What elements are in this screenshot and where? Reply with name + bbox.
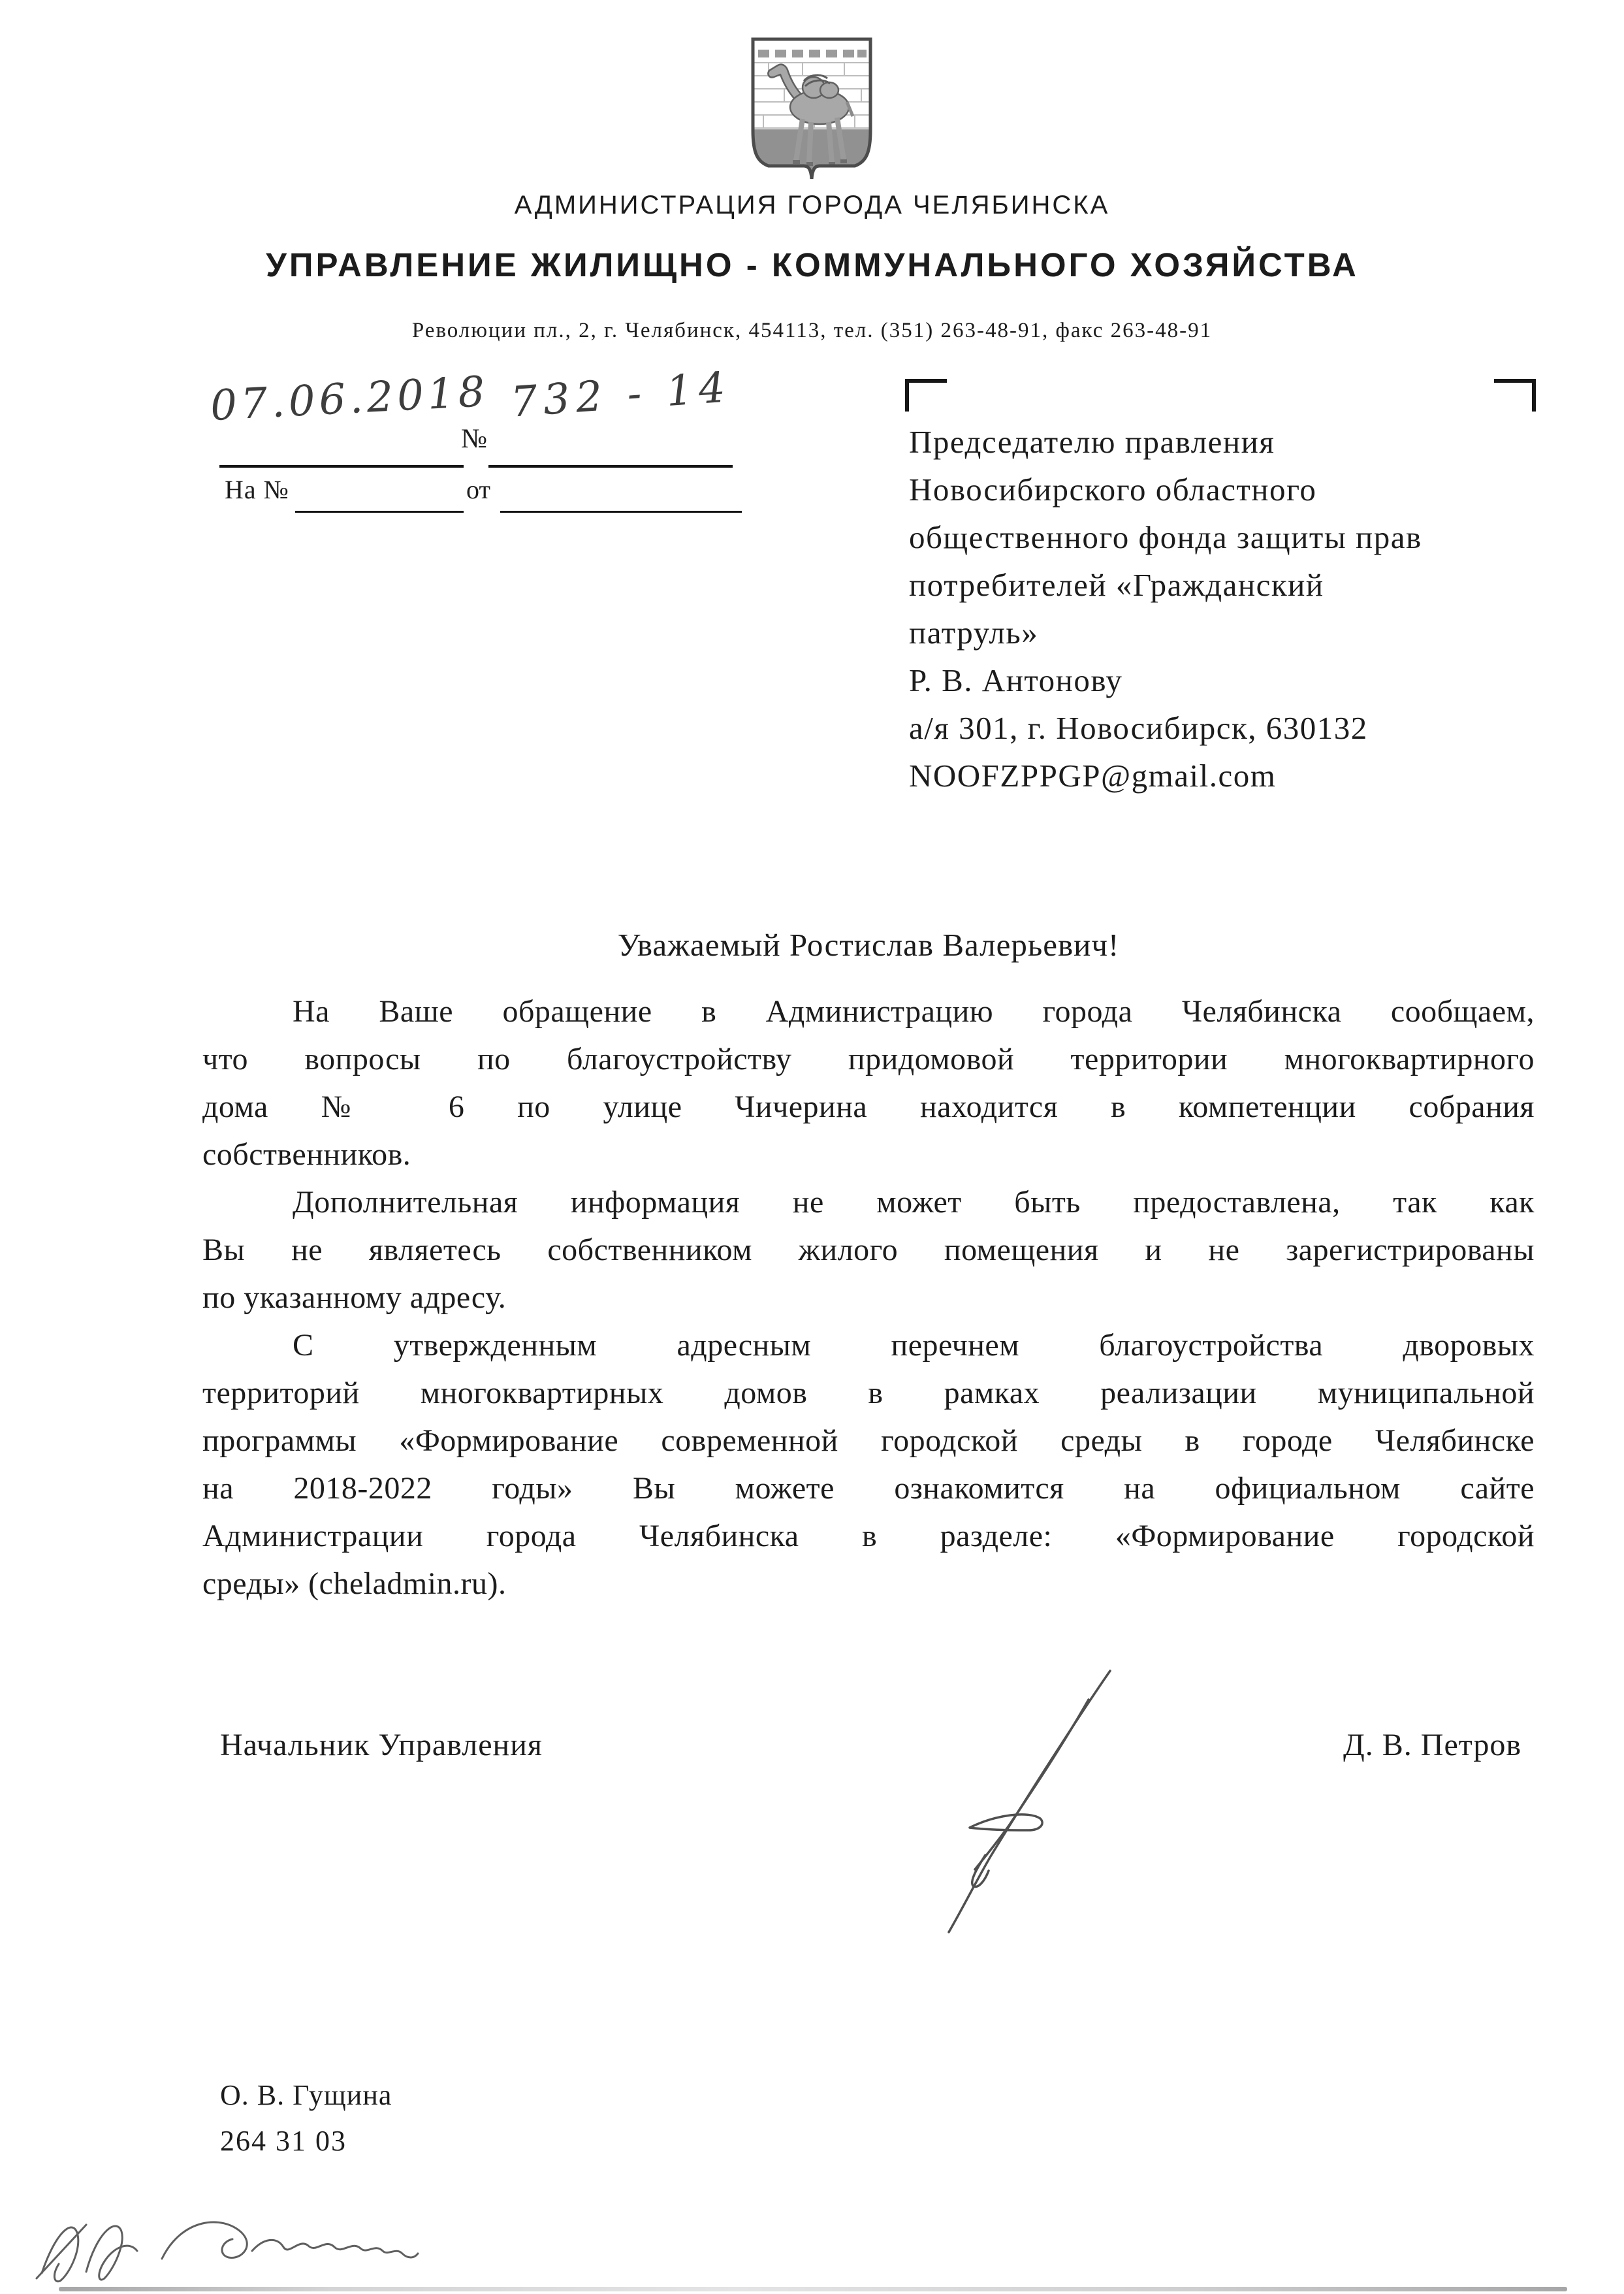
body-line: программы «Формирование современной горо… <box>202 1417 1535 1464</box>
body-line: Дополнительная информация не может быть … <box>202 1178 1535 1226</box>
reply-to-number-label: На № <box>225 474 289 505</box>
body-line: дома № 6 по улице Чичерина находится в к… <box>202 1083 1535 1131</box>
body-line: собственников. <box>202 1131 1535 1178</box>
address-frame-right-corner-icon <box>1494 379 1536 412</box>
signature-title: Начальник Управления <box>220 1727 543 1763</box>
body-line: территорий многоквартирных домов в рамка… <box>202 1369 1535 1417</box>
body-line: Администрации города Челябинска в раздел… <box>202 1512 1535 1560</box>
camel-shield-icon <box>746 34 877 186</box>
body-line: С утвержденным адресным перечнем благоус… <box>202 1321 1535 1369</box>
reply-date-underline <box>500 511 742 513</box>
executor-name: О. В. Гущина <box>220 2078 392 2112</box>
recipient-block: Председателю правления Новосибирского об… <box>909 418 1549 800</box>
number-sign-label: № <box>461 423 487 455</box>
director-signature-scribble-icon <box>911 1659 1133 1947</box>
signature-name: Д. В. Петров <box>1299 1727 1521 1763</box>
recipient-line: а/я 301, г. Новосибирск, 630132 <box>909 704 1549 752</box>
recipient-line: Председателю правления <box>909 418 1549 466</box>
organization-title: УПРАВЛЕНИЕ ЖИЛИЩНО - КОММУНАЛЬНОГО ХОЗЯЙ… <box>127 246 1498 284</box>
recipient-line: патруль» <box>909 609 1549 656</box>
address-frame-left-corner-icon <box>905 379 947 412</box>
executor-phone: 264 31 03 <box>220 2124 347 2157</box>
outgoing-number-handwritten: 732 - 14 <box>509 363 733 427</box>
parent-organization-title: АДМИНИСТРАЦИЯ ГОРОДА ЧЕЛЯБИНСКА <box>202 191 1422 220</box>
outgoing-date-handwritten: 07.06.2018 <box>209 368 490 430</box>
reply-from-label: от <box>466 474 490 505</box>
executor-signature-scribble-icon <box>24 2196 441 2294</box>
date-underline <box>219 465 464 468</box>
recipient-email: NOOFZPPGP@gmail.com <box>909 752 1549 800</box>
body-paragraph-1: На Ваше обращение в Администрацию города… <box>202 988 1535 1178</box>
scanned-letter-page: АДМИНИСТРАЦИЯ ГОРОДА ЧЕЛЯБИНСКА УПРАВЛЕН… <box>0 0 1624 2294</box>
body-line: что вопросы по благоустройству придомово… <box>202 1035 1535 1083</box>
body-paragraph-2: Дополнительная информация не может быть … <box>202 1178 1535 1321</box>
recipient-line: Р. В. Антонову <box>909 656 1549 704</box>
organization-address-line: Революции пл., 2, г. Челябинск, 454113, … <box>202 319 1422 343</box>
reply-number-underline <box>295 511 464 513</box>
chelyabinsk-coat-of-arms-icon <box>746 34 877 186</box>
letter-body: На Ваше обращение в Администрацию города… <box>202 988 1535 1607</box>
body-paragraph-3: С утвержденным адресным перечнем благоус… <box>202 1321 1535 1607</box>
recipient-line: Новосибирского областного <box>909 466 1549 513</box>
number-underline <box>488 465 733 468</box>
body-line: на 2018-2022 годы» Вы можете ознакомится… <box>202 1464 1535 1512</box>
recipient-line: общественного фонда защиты прав <box>909 513 1549 561</box>
body-line: по указанному адресу. <box>202 1274 1535 1321</box>
salutation: Уважаемый Ростислав Валерьевич! <box>202 926 1535 963</box>
recipient-line: потребителей «Гражданский <box>909 561 1549 609</box>
scan-edge-artifact <box>59 2287 1567 2291</box>
body-line: среды» (cheladmin.ru). <box>202 1560 1535 1607</box>
body-line: На Ваше обращение в Администрацию города… <box>202 988 1535 1035</box>
body-line: Вы не являетесь собственником жилого пом… <box>202 1226 1535 1274</box>
